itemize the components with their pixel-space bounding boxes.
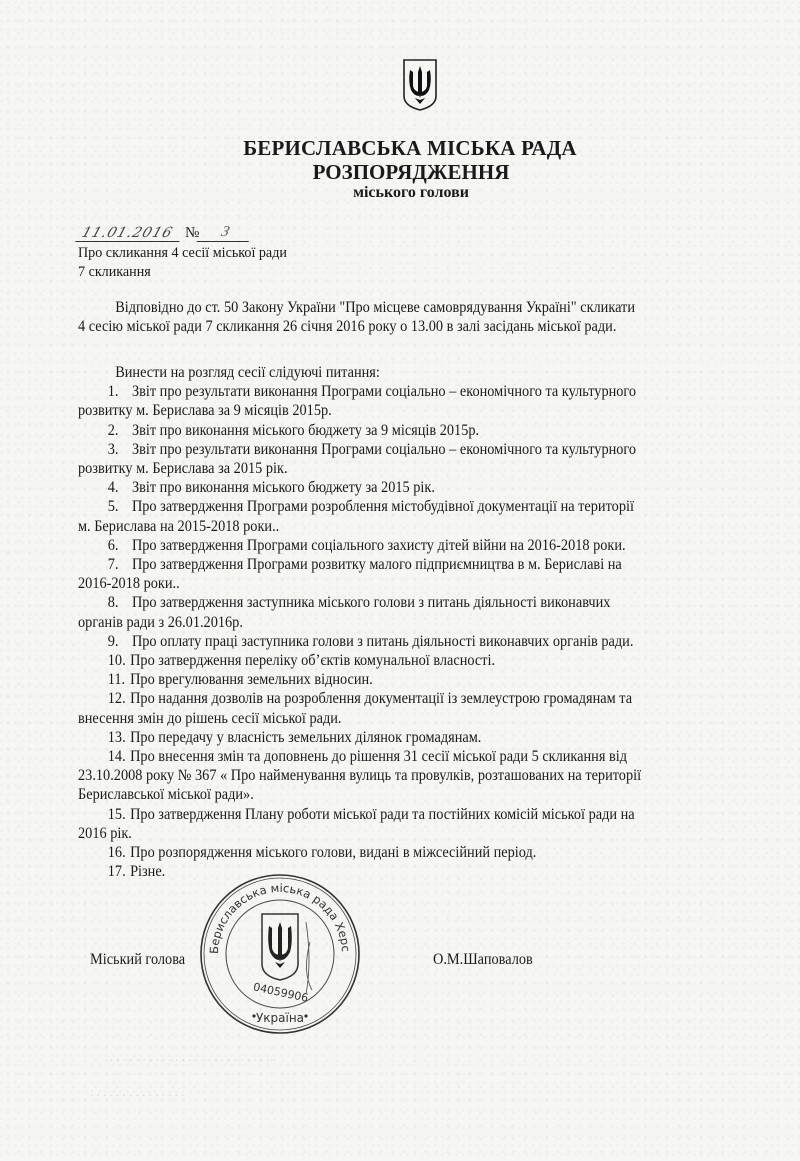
official-seal: Бериславська міська рада Херсонської обл… <box>198 872 362 1036</box>
agenda-items: 1.Звіт про результати виконання Програми… <box>78 382 641 881</box>
agenda-item: 1.Звіт про результати виконання Програми… <box>78 382 641 420</box>
agenda-item-number: 12. <box>108 689 130 708</box>
agenda-item: 14.Про внесення змін та доповнень до ріш… <box>78 747 641 805</box>
preamble-line-2: 4 сесію міської ради 7 скликання 26 січн… <box>78 317 766 336</box>
agenda-item-first-line: 12.Про надання дозволів на розроблення д… <box>78 689 641 708</box>
agenda-item-first-line: 3.Звіт про результати виконання Програми… <box>78 440 641 459</box>
document-issuer: міського голови <box>0 184 800 202</box>
agenda-item-continuation: м. Берислава на 2015-2018 роки.. <box>78 517 641 536</box>
agenda-item-text: Про затвердження заступника міського гол… <box>132 594 610 611</box>
agenda-item-text: Про затвердження Програми розроблення мі… <box>132 498 634 515</box>
agenda-item: 8.Про затвердження заступника міського г… <box>78 593 641 631</box>
agenda-item-text: Про оплату праці заступника голови з пит… <box>132 633 633 650</box>
agenda-item-number: 11. <box>108 670 130 689</box>
handwritten-number: 3 <box>197 224 254 242</box>
agenda-item-text: Про затвердження Плану роботи міської ра… <box>130 806 635 823</box>
agenda-item-first-line: 14.Про внесення змін та доповнень до ріш… <box>78 747 641 766</box>
signatory-role: Міський голова <box>90 951 185 969</box>
agenda-item-number: 7. <box>108 555 132 574</box>
seal-code: 04059906 <box>252 980 309 1004</box>
agenda-item-first-line: 2.Звіт про виконання міського бюджету за… <box>78 421 641 440</box>
agenda-item-text: Звіт про результати виконання Програми с… <box>132 441 636 458</box>
agenda-item-first-line: 16.Про розпорядження міського голови, ви… <box>78 843 641 862</box>
svg-text:Бериславська міська рада Херсо: Бериславська міська рада Херсонської обл… <box>198 872 353 954</box>
agenda-item: 13.Про передачу у власність земельних ді… <box>78 728 641 747</box>
handwritten-date: 11.01.2016 <box>75 225 185 242</box>
agenda-item-first-line: 5.Про затвердження Програми розроблення … <box>78 497 641 516</box>
agenda-item-text: Про надання дозволів на розроблення доку… <box>130 690 632 707</box>
agenda-item: 5.Про затвердження Програми розроблення … <box>78 497 641 535</box>
agenda: Винести на розгляд сесії слідуючі питанн… <box>78 363 641 881</box>
agenda-item-text: Про затвердження Програми соціального за… <box>132 537 626 554</box>
agenda-item-number: 2. <box>108 421 132 440</box>
seal-trident-icon <box>262 914 298 980</box>
agenda-item: 4.Звіт про виконання міського бюджету за… <box>78 478 641 497</box>
agenda-item: 16.Про розпорядження міського голови, ви… <box>78 843 641 862</box>
council-name: БЕРИСЛАВСЬКА МІСЬКА РАДА <box>0 136 800 161</box>
agenda-item-continuation: органів ради з 26.01.2016р. <box>78 613 641 632</box>
agenda-item: 15.Про затвердження Плану роботи міської… <box>78 805 641 843</box>
bleed-through-text: . . . . . . . . . . . . . . . <box>90 1085 184 1101</box>
signatory-name: О.М.Шаповалов <box>433 951 533 969</box>
document-type: РОЗПОРЯДЖЕННЯ <box>0 160 800 185</box>
agenda-item-text: Про розпорядження міського голови, видан… <box>130 844 536 861</box>
agenda-item-number: 14. <box>108 747 130 766</box>
agenda-item-first-line: 11.Про врегулювання земельних відносин. <box>78 670 641 689</box>
agenda-item-first-line: 8.Про затвердження заступника міського г… <box>78 593 641 612</box>
agenda-item-number: 8. <box>108 593 132 612</box>
agenda-item-text: Про передачу у власність земельних ділян… <box>130 729 481 746</box>
agenda-item-text: Про внесення змін та доповнень до рішенн… <box>130 748 627 765</box>
agenda-item: 11.Про врегулювання земельних відносин. <box>78 670 641 689</box>
bleed-through-text: . . . . . . . . . . . . . . . . . . . . … <box>110 1050 276 1066</box>
agenda-item-continuation: внесення змін до рішень сесії міської ра… <box>78 709 641 728</box>
agenda-item-text: Звіт про виконання міського бюджету за 9… <box>132 422 479 439</box>
preamble: Відповідно до ст. 50 Закону України "Про… <box>78 298 766 336</box>
reference-line: 11.01.2016 № 3 <box>78 224 251 242</box>
agenda-item-continuation: 23.10.2008 року № 367 « Про найменування… <box>78 766 641 785</box>
subject-line-2: 7 скликання <box>78 264 151 281</box>
agenda-item-number: 6. <box>108 536 132 555</box>
agenda-lead: Винести на розгляд сесії слідуючі питанн… <box>78 363 641 382</box>
agenda-item: 9.Про оплату праці заступника голови з п… <box>78 632 641 651</box>
agenda-item-continuation: розвитку м. Берислава за 2015 рік. <box>78 459 641 478</box>
agenda-item-text: Звіт про виконання міського бюджету за 2… <box>132 479 435 496</box>
agenda-item-number: 16. <box>108 843 130 862</box>
agenda-item-number: 13. <box>108 728 130 747</box>
agenda-item-first-line: 1.Звіт про результати виконання Програми… <box>78 382 641 401</box>
agenda-item-text: Про затвердження переліку об’єктів комун… <box>130 652 495 669</box>
agenda-item-number: 3. <box>108 440 132 459</box>
agenda-item-continuation: розвитку м. Берислава за 9 місяців 2015р… <box>78 401 641 420</box>
subject-line-1: Про скликання 4 сесії міської ради <box>78 245 287 262</box>
seal-bottom-text: Україна <box>256 1011 304 1025</box>
agenda-item: 6.Про затвердження Програми соціального … <box>78 536 641 555</box>
agenda-item: 12.Про надання дозволів на розроблення д… <box>78 689 641 727</box>
document-page: БЕРИСЛАВСЬКА МІСЬКА РАДА РОЗПОРЯДЖЕННЯ м… <box>0 0 800 1161</box>
agenda-item-text: Різне. <box>130 863 165 880</box>
agenda-item-number: 4. <box>108 478 132 497</box>
agenda-item-number: 15. <box>108 805 130 824</box>
agenda-item: 10.Про затвердження переліку об’єктів ко… <box>78 651 641 670</box>
agenda-item-first-line: 6.Про затвердження Програми соціального … <box>78 536 641 555</box>
agenda-item-continuation: Бериславської міської ради». <box>78 785 641 804</box>
agenda-item: 2.Звіт про виконання міського бюджету за… <box>78 421 641 440</box>
trident-emblem-icon <box>402 58 438 112</box>
agenda-item-continuation: 2016 рік. <box>78 824 641 843</box>
agenda-item-number: 17. <box>108 862 130 881</box>
agenda-item-continuation: 2016-2018 роки.. <box>78 574 641 593</box>
agenda-item: 3.Звіт про результати виконання Програми… <box>78 440 641 478</box>
agenda-item-first-line: 7.Про затвердження Програми розвитку мал… <box>78 555 641 574</box>
seal-top-text: Бериславська міська рада Херсонської обл… <box>198 872 353 954</box>
preamble-line-1: Відповідно до ст. 50 Закону України "Про… <box>78 298 766 317</box>
agenda-item-number: 10. <box>108 651 130 670</box>
agenda-item: 7.Про затвердження Програми розвитку мал… <box>78 555 641 593</box>
agenda-item-text: Про врегулювання земельних відносин. <box>130 671 373 688</box>
agenda-item-first-line: 4.Звіт про виконання міського бюджету за… <box>78 478 641 497</box>
agenda-item-first-line: 15.Про затвердження Плану роботи міської… <box>78 805 641 824</box>
agenda-item-number: 9. <box>108 632 132 651</box>
agenda-item-text: Про затвердження Програми розвитку малог… <box>132 556 622 573</box>
agenda-item-number: 5. <box>108 497 132 516</box>
agenda-item-number: 1. <box>108 382 132 401</box>
agenda-item-first-line: 9.Про оплату праці заступника голови з п… <box>78 632 641 651</box>
agenda-item-first-line: 10.Про затвердження переліку об’єктів ко… <box>78 651 641 670</box>
agenda-item-text: Звіт про результати виконання Програми с… <box>132 383 636 400</box>
agenda-item-first-line: 13.Про передачу у власність земельних ді… <box>78 728 641 747</box>
